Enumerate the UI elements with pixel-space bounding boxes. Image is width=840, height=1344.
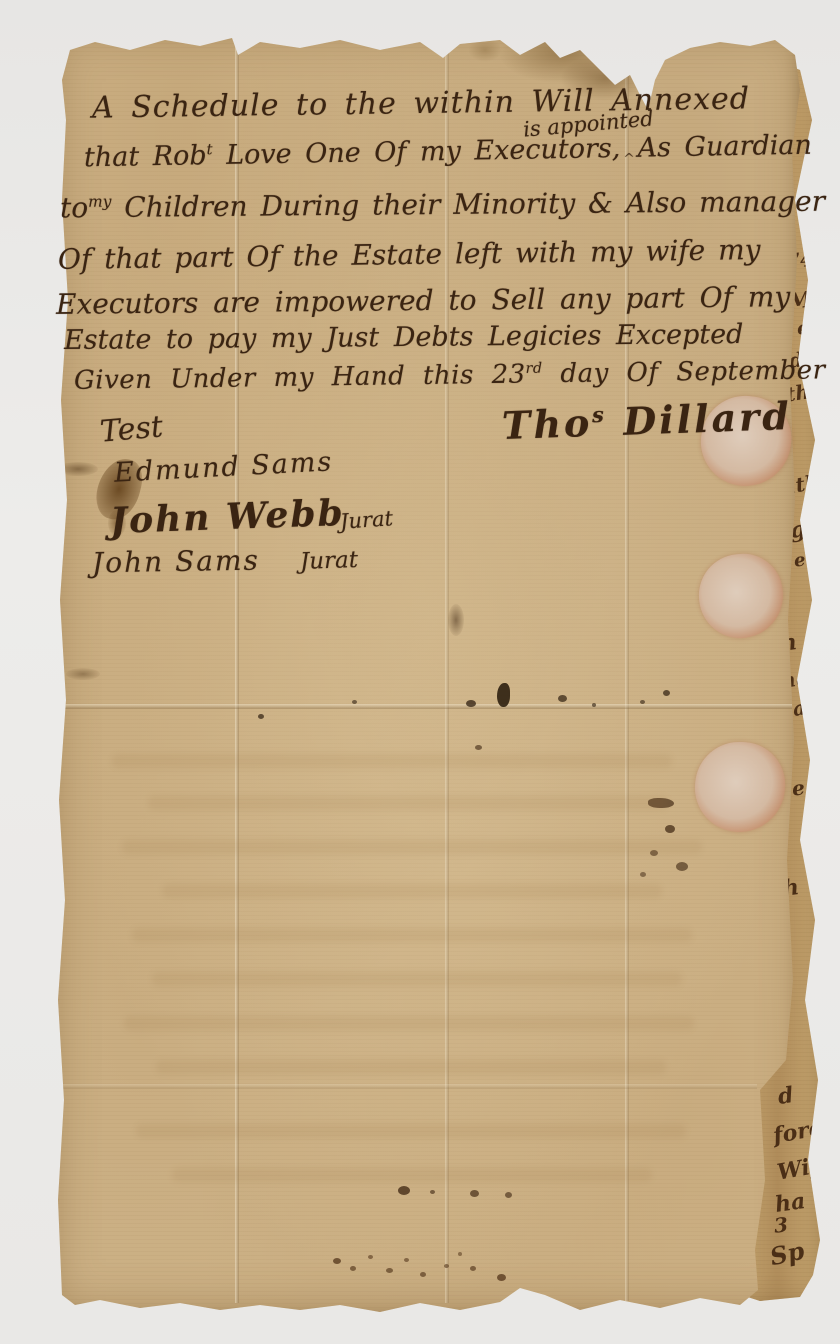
ink-spot <box>592 703 596 707</box>
ink-spot <box>665 825 675 833</box>
line-3-text-a: to <box>60 191 88 224</box>
fold-crease-vertical-2 <box>445 33 449 1303</box>
ink-spot <box>458 1252 462 1256</box>
insertion-caret: ^ <box>620 151 638 167</box>
ink-spot <box>663 690 670 696</box>
line-2-text-c: As Guardian <box>637 130 812 164</box>
witness-signature-2: John Webb <box>109 492 345 542</box>
ink-spot <box>398 1186 410 1195</box>
fold-crease-horizontal-2 <box>57 1084 757 1089</box>
bleed-through <box>162 884 662 898</box>
line-2-superscript-t: t <box>206 140 212 158</box>
ink-spot <box>386 1268 393 1273</box>
verso-fragment: 3 <box>773 1212 789 1237</box>
ink-spot <box>558 695 567 702</box>
ink-spot <box>352 700 357 704</box>
bleed-through <box>156 1060 666 1074</box>
verso-fragment: Sp <box>767 1236 806 1271</box>
ink-spot <box>430 1190 435 1194</box>
verso-fragment: e <box>796 317 810 339</box>
line-7-text-b: day Of September 1784 <box>560 354 840 389</box>
document-scan: 74 My e d th ith go e h have last e h d … <box>0 0 840 1344</box>
ink-spot <box>466 700 476 707</box>
attest-label: Test <box>99 409 165 449</box>
ink-spot <box>470 1190 479 1197</box>
bleed-through <box>136 1124 686 1138</box>
bleed-through <box>152 972 682 986</box>
jurat-note-2: Jurat <box>300 547 359 575</box>
verso-fragment: e <box>793 549 807 571</box>
ink-spot <box>368 1255 373 1259</box>
signature-text-a: Tho <box>501 400 593 448</box>
bleed-through <box>124 1016 694 1030</box>
verso-fragment: d <box>776 1082 795 1110</box>
fold-crease-vertical-1 <box>235 38 239 1303</box>
manuscript-line-3: tomy Children During their Minority & Al… <box>60 185 825 225</box>
verso-fragment: e <box>791 775 806 800</box>
bleed-through <box>172 1168 652 1182</box>
manuscript-line-6: Estate to pay my Just Debts Legicies Exc… <box>64 319 744 356</box>
bleed-through <box>122 840 702 854</box>
ink-spot <box>350 1266 356 1271</box>
ink-spot <box>640 872 646 877</box>
line-3-superscript-my: my <box>88 193 111 211</box>
line-7-text-a: Given Under my Hand this 23 <box>74 360 526 396</box>
smudge <box>58 462 98 476</box>
bleed-through <box>132 928 692 942</box>
ink-spot <box>505 1192 512 1198</box>
signature-superscript-s: s <box>592 402 608 428</box>
verso-fragment: fore <box>771 1115 824 1149</box>
fold-crease-horizontal-1 <box>57 704 792 709</box>
ink-spot <box>420 1272 426 1277</box>
ink-stain <box>468 38 502 62</box>
bleed-through <box>112 754 672 768</box>
ink-spot <box>475 745 482 750</box>
ink-spot <box>404 1258 409 1262</box>
jurat-note-1: Jurat <box>339 506 393 534</box>
ink-spot <box>444 1264 449 1268</box>
ink-spot <box>333 1258 341 1264</box>
line-2-text-b: Love One Of my Executors, <box>226 133 621 171</box>
smudge <box>448 604 464 636</box>
ink-spot <box>676 862 688 871</box>
witness-signature-3: John Sams <box>92 544 260 580</box>
verso-fragment: Wife <box>775 1150 835 1185</box>
bleed-through <box>148 796 668 810</box>
line-3-text-b: Children During their Minority & Also ma… <box>124 185 825 224</box>
line-7-superscript-rd: rd <box>525 361 542 377</box>
ink-spot <box>640 700 645 704</box>
fold-crease-vertical-3 <box>625 36 629 1301</box>
ink-spot <box>497 683 510 707</box>
smudge <box>66 668 100 680</box>
ink-spot <box>497 1274 506 1281</box>
ink-spot <box>258 714 264 719</box>
signature-text-b: Dillard <box>622 393 792 444</box>
line-2-text-a: that Rob <box>84 140 207 173</box>
ink-spot <box>470 1266 476 1271</box>
